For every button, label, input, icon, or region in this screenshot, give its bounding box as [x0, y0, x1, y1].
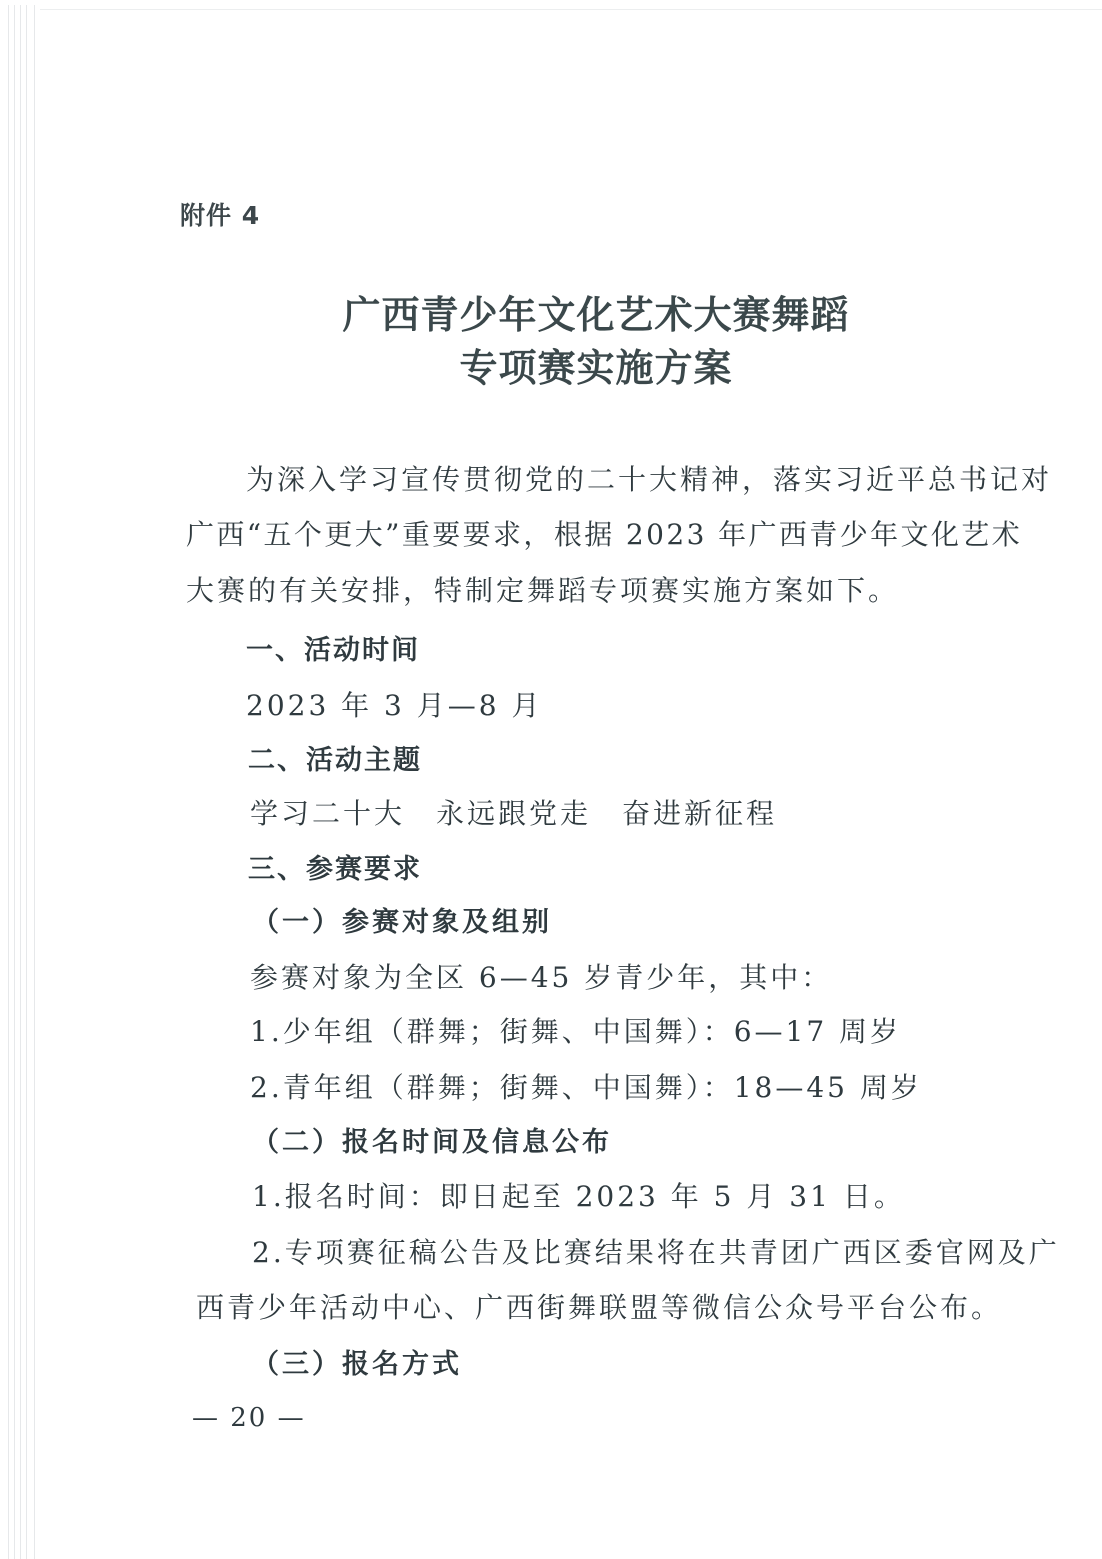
scan-edge-line — [20, 5, 21, 1559]
scan-edge-line — [26, 5, 27, 1559]
subsection-heading-registration-method: （三）报名方式 — [252, 1345, 462, 1385]
document-title-line-2: 专项赛实施方案 — [0, 343, 1102, 393]
activity-time-text: 2023 年 3 月—8 月 — [246, 686, 543, 726]
attachment-label: 附件 4 — [180, 196, 260, 236]
intro-line: 广西“五个更大”重要要求，根据 2023 年广西青少年文化艺术 — [186, 515, 1022, 555]
page-number: — 20 — — [192, 1398, 306, 1438]
scan-top-line — [40, 9, 1102, 10]
intro-line: 大赛的有关安排，特制定舞蹈专项赛实施方案如下。 — [186, 571, 899, 611]
publication-item-line: 2.专项赛征稿公告及比赛结果将在共青团广西区委官网及广 — [252, 1233, 1060, 1273]
group-item-youth: 2.青年组（群舞；街舞、中国舞）：18—45 周岁 — [250, 1068, 922, 1108]
participants-text: 参赛对象为全区 6—45 岁青少年，其中： — [250, 958, 832, 998]
subsection-heading-participants: （一）参赛对象及组别 — [252, 903, 552, 943]
subsection-heading-registration-time: （二）报名时间及信息公布 — [252, 1123, 612, 1163]
scan-edge-line — [8, 5, 9, 1559]
section-heading-requirements: 三、参赛要求 — [248, 850, 422, 890]
scan-edge-line — [34, 5, 35, 1559]
section-heading-theme: 二、活动主题 — [248, 741, 422, 781]
group-item-junior: 1.少年组（群舞；街舞、中国舞）：6—17 周岁 — [250, 1012, 901, 1052]
intro-line: 为深入学习宣传贯彻党的二十大精神，落实习近平总书记对 — [246, 460, 1052, 500]
section-heading-time: 一、活动时间 — [246, 631, 420, 671]
document-title-line-1: 广西青少年文化艺术大赛舞蹈 — [0, 290, 1102, 340]
scan-edge-line — [14, 5, 15, 1559]
publication-item-line: 西青少年活动中心、广西街舞联盟等微信公众号平台公布。 — [196, 1288, 1002, 1328]
registration-time-item: 1.报名时间：即日起至 2023 年 5 月 31 日。 — [252, 1177, 905, 1217]
activity-theme-text: 学习二十大 永远跟党走 奋进新征程 — [250, 794, 777, 834]
